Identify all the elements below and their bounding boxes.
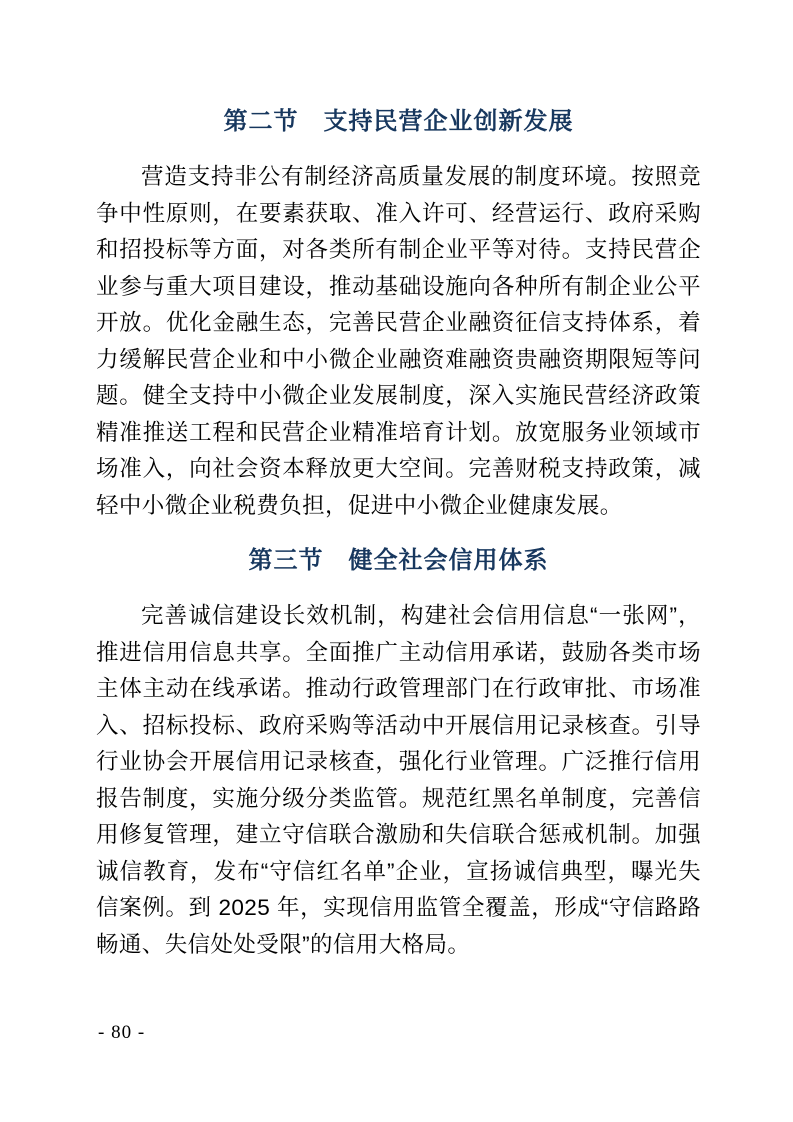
section-heading-3: 第三节 健全社会信用体系 <box>96 545 701 577</box>
section-3-paragraph: 完善诚信建设长效机制，构建社会信用信息“一张网”，推进信用信息共享。全面推广主动… <box>96 598 701 963</box>
page-number: - 80 - <box>98 1021 145 1045</box>
document-page: 第二节 支持民营企业创新发展 营造支持非公有制经济高质量发展的制度环境。按照竞争… <box>0 0 793 1122</box>
section-heading-2: 第二节 支持民营企业创新发展 <box>96 106 701 138</box>
section-2-paragraph: 营造支持非公有制经济高质量发展的制度环境。按照竞争中性原则，在要素获取、准入许可… <box>96 159 701 524</box>
